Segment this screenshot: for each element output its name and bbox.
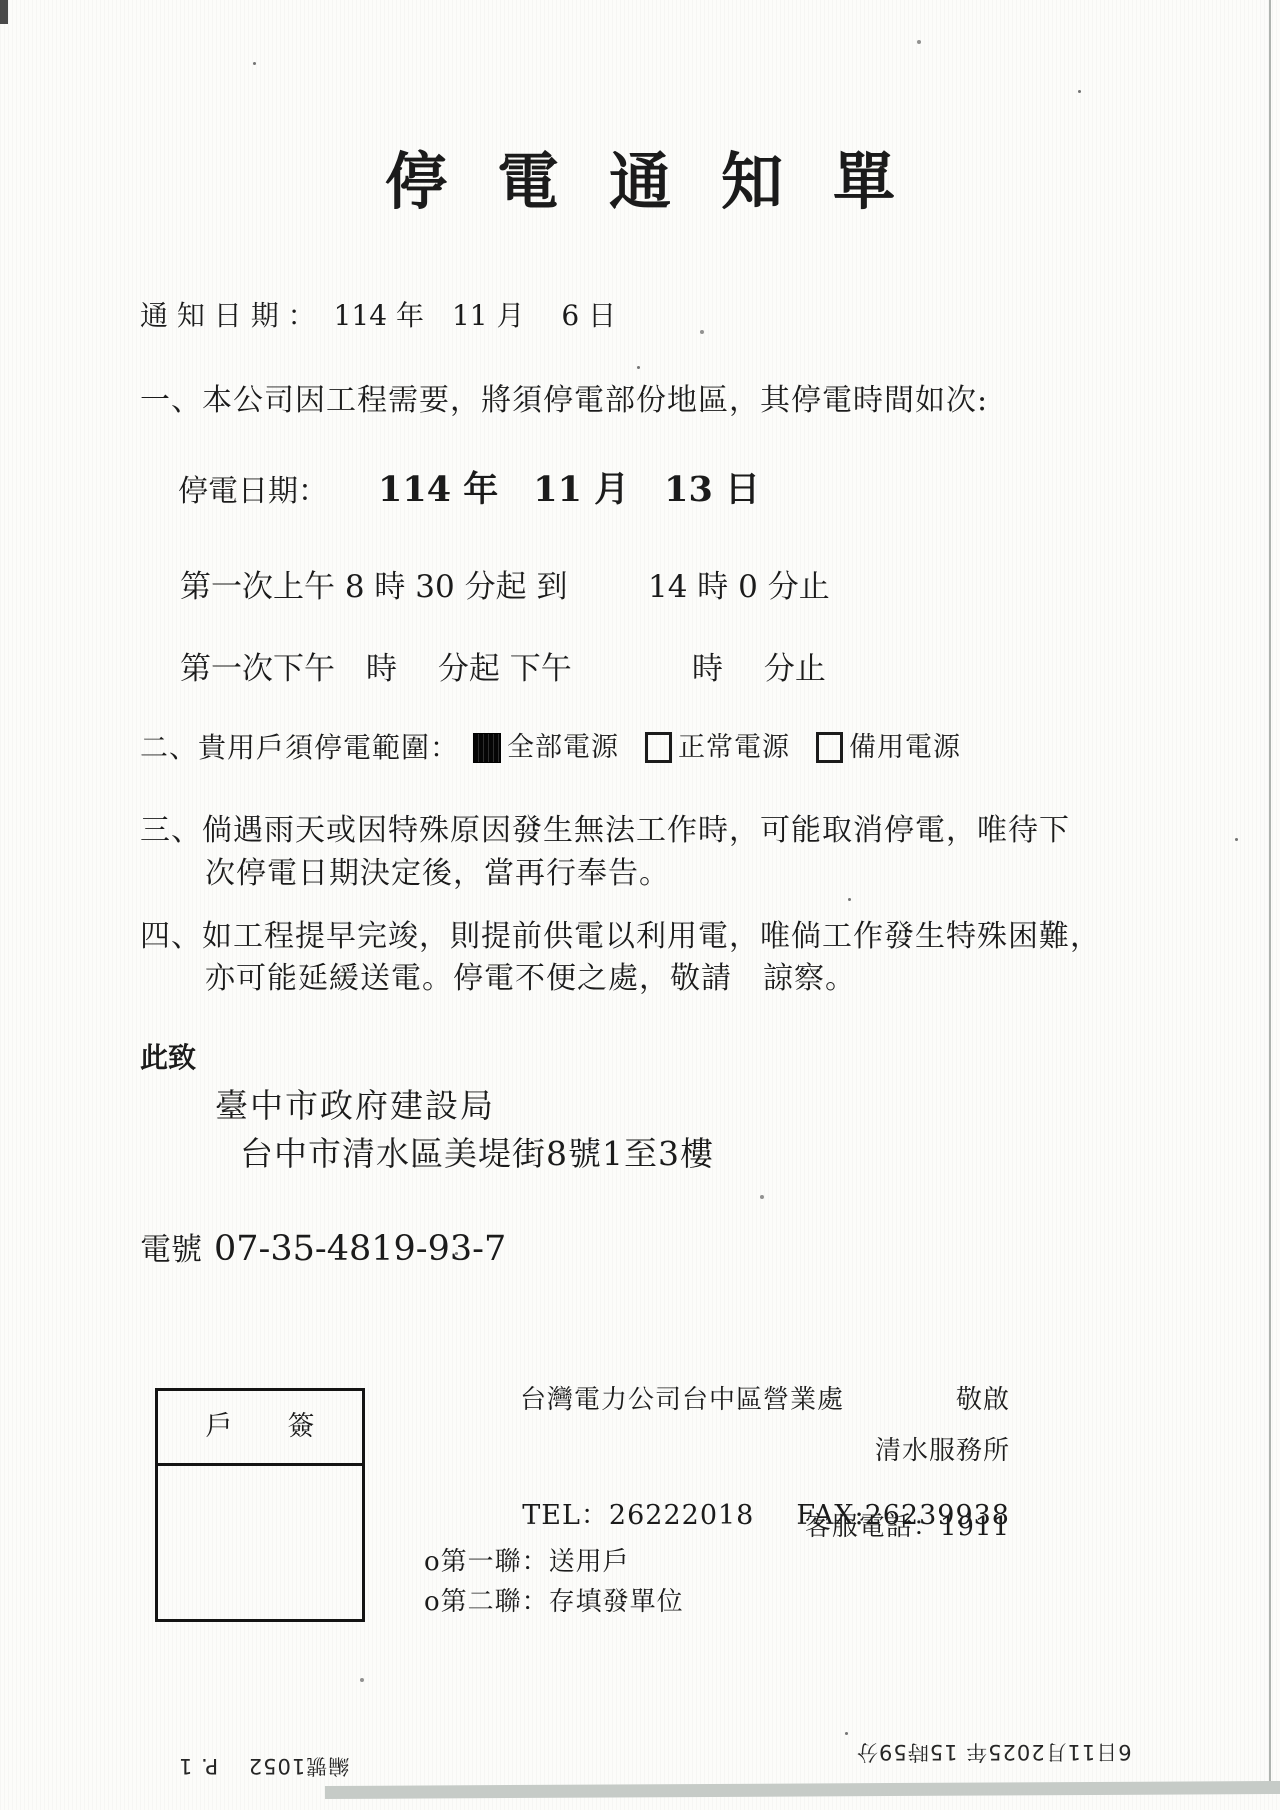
outage-date-row: 停電日期： 114 年 11 月 13 日 — [178, 468, 760, 512]
recipient-name: 臺中市政府建設局 — [215, 1085, 495, 1126]
notice-date-label: 通 知 日 期 ： — [140, 298, 316, 333]
scan-speck — [845, 1732, 848, 1735]
issuer-company: 台灣電力公司台中區營業處 — [520, 1384, 844, 1417]
scan-speck — [1235, 838, 1238, 841]
issuer-block: 台灣電力公司台中區營業處 敬啟 清水服務所 TEL：26222018FAX:26… — [520, 1384, 1010, 1554]
fax-page-number-rotated: 編號1052 P. 1 — [178, 1752, 349, 1782]
clause-2-label: 二、貴用戶須停電範圍： — [140, 730, 459, 765]
meter-number-row: 電號 07-35-4819-93-7 — [140, 1228, 506, 1272]
scan-speck — [700, 330, 704, 334]
fax-timestamp-rotated: 6日11月2025年 15時59分 — [856, 1738, 1132, 1768]
issuer-company-row: 台灣電力公司台中區營業處 敬啟 — [520, 1384, 1010, 1417]
recipient-address: 台中市清水區美堤街8號1至3樓 — [240, 1133, 714, 1174]
checkbox-all-power-icon — [473, 733, 501, 763]
scan-speck — [917, 40, 921, 44]
copy-note-1: o第一聯：送用戶 — [424, 1546, 630, 1579]
power-option-all: 全部電源 — [473, 731, 619, 765]
time2-from: 第一次下午 時 分起 下午 — [180, 650, 572, 689]
clause-4-line-2: 亦可能延緩送電。停電不便之處，敬請 諒察。 — [205, 960, 856, 998]
outage-date-value: 114 年 11 月 13 日 — [378, 468, 760, 512]
time2-to: 時 分止 — [692, 650, 826, 689]
scan-speck — [848, 898, 851, 901]
power-option-backup: 備用電源 — [816, 731, 961, 765]
issuer-office: 清水服務所 — [875, 1430, 1010, 1467]
meter-number-label: 電號 — [140, 1231, 202, 1270]
issuer-service-phone: 客服電話：1911 — [805, 1506, 1010, 1543]
customer-signature-box: 戶 簽 — [155, 1388, 365, 1622]
scan-speck — [760, 1195, 764, 1199]
scanned-power-outage-notice: 停電通知單 通 知 日 期 ： 114 年 11 月 6 日 一、本公司因工程需… — [0, 0, 1280, 1810]
scan-speck — [1078, 90, 1081, 93]
clause-2-row: 二、貴用戶須停電範圍： 全部電源 正常電源 備用電源 — [140, 730, 961, 765]
clause-4-line-1: 四、如工程提早完竣，則提前供電以利用電，唯倘工作發生特殊困難， — [140, 918, 1101, 956]
meter-number-value: 07-35-4819-93-7 — [214, 1228, 506, 1272]
power-option-normal: 正常電源 — [645, 731, 790, 765]
scan-bottom-bar — [325, 1781, 1280, 1799]
signature-box-header: 戶 簽 — [158, 1391, 362, 1466]
scan-corner-artifact — [0, 0, 8, 24]
outage-time-row-1: 第一次上午 8 時 30 分起 到 14 時 0 分止 — [0, 568, 1280, 608]
issuer-tel: TEL：26222018 — [522, 1500, 754, 1531]
time1-to: 14 時 0 分止 — [648, 568, 830, 607]
copy-note-2: o第二聯：存填發單位 — [424, 1586, 684, 1619]
time1-from: 第一次上午 8 時 30 分起 到 — [180, 568, 567, 607]
clause-3-line-2: 次停電日期決定後，當再行奉告。 — [205, 855, 670, 893]
notice-date-row: 通 知 日 期 ： 114 年 11 月 6 日 — [140, 298, 616, 333]
clause-1: 一、本公司因工程需要，將須停電部份地區，其停電時間如次: — [140, 382, 988, 420]
clause-3-line-1: 三、倘遇雨天或因特殊原因發生無法工作時，可能取消停電，唯待下 — [140, 812, 1070, 850]
outage-time-row-2: 第一次下午 時 分起 下午 時 分止 — [0, 650, 1280, 690]
outage-date-label: 停電日期： — [178, 473, 328, 511]
power-option-normal-label: 正常電源 — [678, 731, 790, 765]
issuer-closing: 敬啟 — [956, 1384, 1010, 1417]
salutation: 此致 — [140, 1040, 196, 1075]
power-option-all-label: 全部電源 — [507, 731, 619, 765]
checkbox-backup-power-icon — [816, 732, 843, 763]
notice-date-value: 114 年 11 月 6 日 — [334, 298, 617, 333]
checkbox-normal-power-icon — [645, 732, 672, 763]
scan-speck — [637, 366, 640, 369]
scan-edge-line — [1269, 0, 1271, 1786]
scan-speck — [253, 62, 256, 65]
page-title: 停電通知單 — [0, 143, 1280, 221]
scan-speck — [360, 1678, 364, 1682]
power-option-backup-label: 備用電源 — [849, 731, 961, 765]
